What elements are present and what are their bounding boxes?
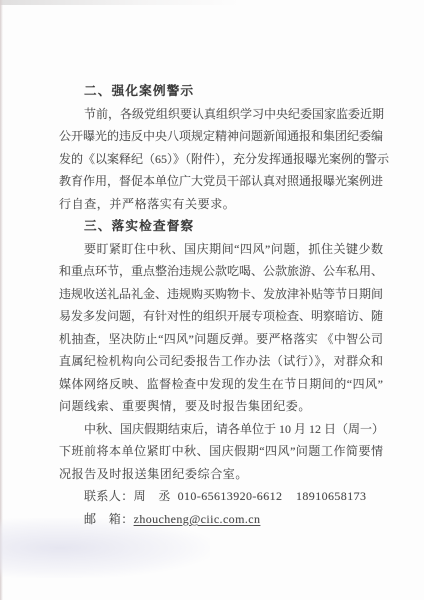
document-line: 发的《以案释纪（65）》（附件），充分发挥通报曝光案例的警示 (59, 148, 383, 171)
document-line: 行自查，并严格落实有关要求。 (59, 193, 383, 216)
scan-artifact-left-edge (0, 0, 3, 600)
email-label: 邮 箱： (84, 512, 134, 526)
document-line: 问题线索、重要舆情，要及时报告集团纪委。 (59, 395, 383, 418)
contact-line: 联系人：周 丞 010-65613920-6612 18910658173 (59, 485, 383, 508)
email-link[interactable]: zhoucheng@ciic.com.cn (134, 512, 261, 526)
document-line: 况报告及时报送集团纪委综合室。 (59, 463, 383, 486)
scan-artifact-top-edge (0, 0, 240, 5)
section-heading: 二、强化案例警示 (59, 80, 383, 103)
email-line: 邮 箱：zhoucheng@ciic.com.cn (59, 508, 383, 531)
document-line: 下班前将本单位紧盯中秋、国庆假期“四风”问题工作简要情 (59, 440, 383, 463)
document-line: 机抽查，坚决防止“四风”问题反弹。要严格落实 《中智公司 (59, 328, 383, 351)
document-line: 直属纪检机构向公司纪委报告工作办法（试行）》，对群众和 (59, 350, 383, 373)
document-text-block: 二、强化案例警示节前，各级党组织要认真组织学习中央纪委国家监委近期公开曝光的违反… (59, 80, 383, 530)
scanned-document-page: 二、强化案例警示节前，各级党组织要认真组织学习中央纪委国家监委近期公开曝光的违反… (0, 0, 424, 600)
document-line: 和重点环节，重点整治违规公款吃喝、公款旅游、公车私用、 (59, 260, 383, 283)
document-line: 要盯紧盯住中秋、国庆期间“四风”问题，抓住关键少数 (59, 238, 383, 261)
document-line: 易发多发问题，有针对性的组织开展专项检查、明察暗访、随 (59, 305, 383, 328)
document-line: 中秋、国庆假期结束后，请各单位于 10 月 12 日（周一） (59, 418, 383, 441)
document-line: 公开曝光的违反中央八项规定精神问题新闻通报和集团纪委编 (59, 125, 383, 148)
section-heading: 三、落实检查督察 (59, 215, 383, 238)
document-line: 媒体网络反映、监督检查中发现的发生在节日期间的“四风” (59, 373, 383, 396)
document-line: 违规收送礼品礼金、违规购买购物卡、发放津补贴等节日期间 (59, 283, 383, 306)
document-line: 教育作用，督促本单位广大党员干部认真对照通报曝光案例进 (59, 170, 383, 193)
document-line: 节前，各级党组织要认真组织学习中央纪委国家监委近期 (59, 103, 383, 126)
